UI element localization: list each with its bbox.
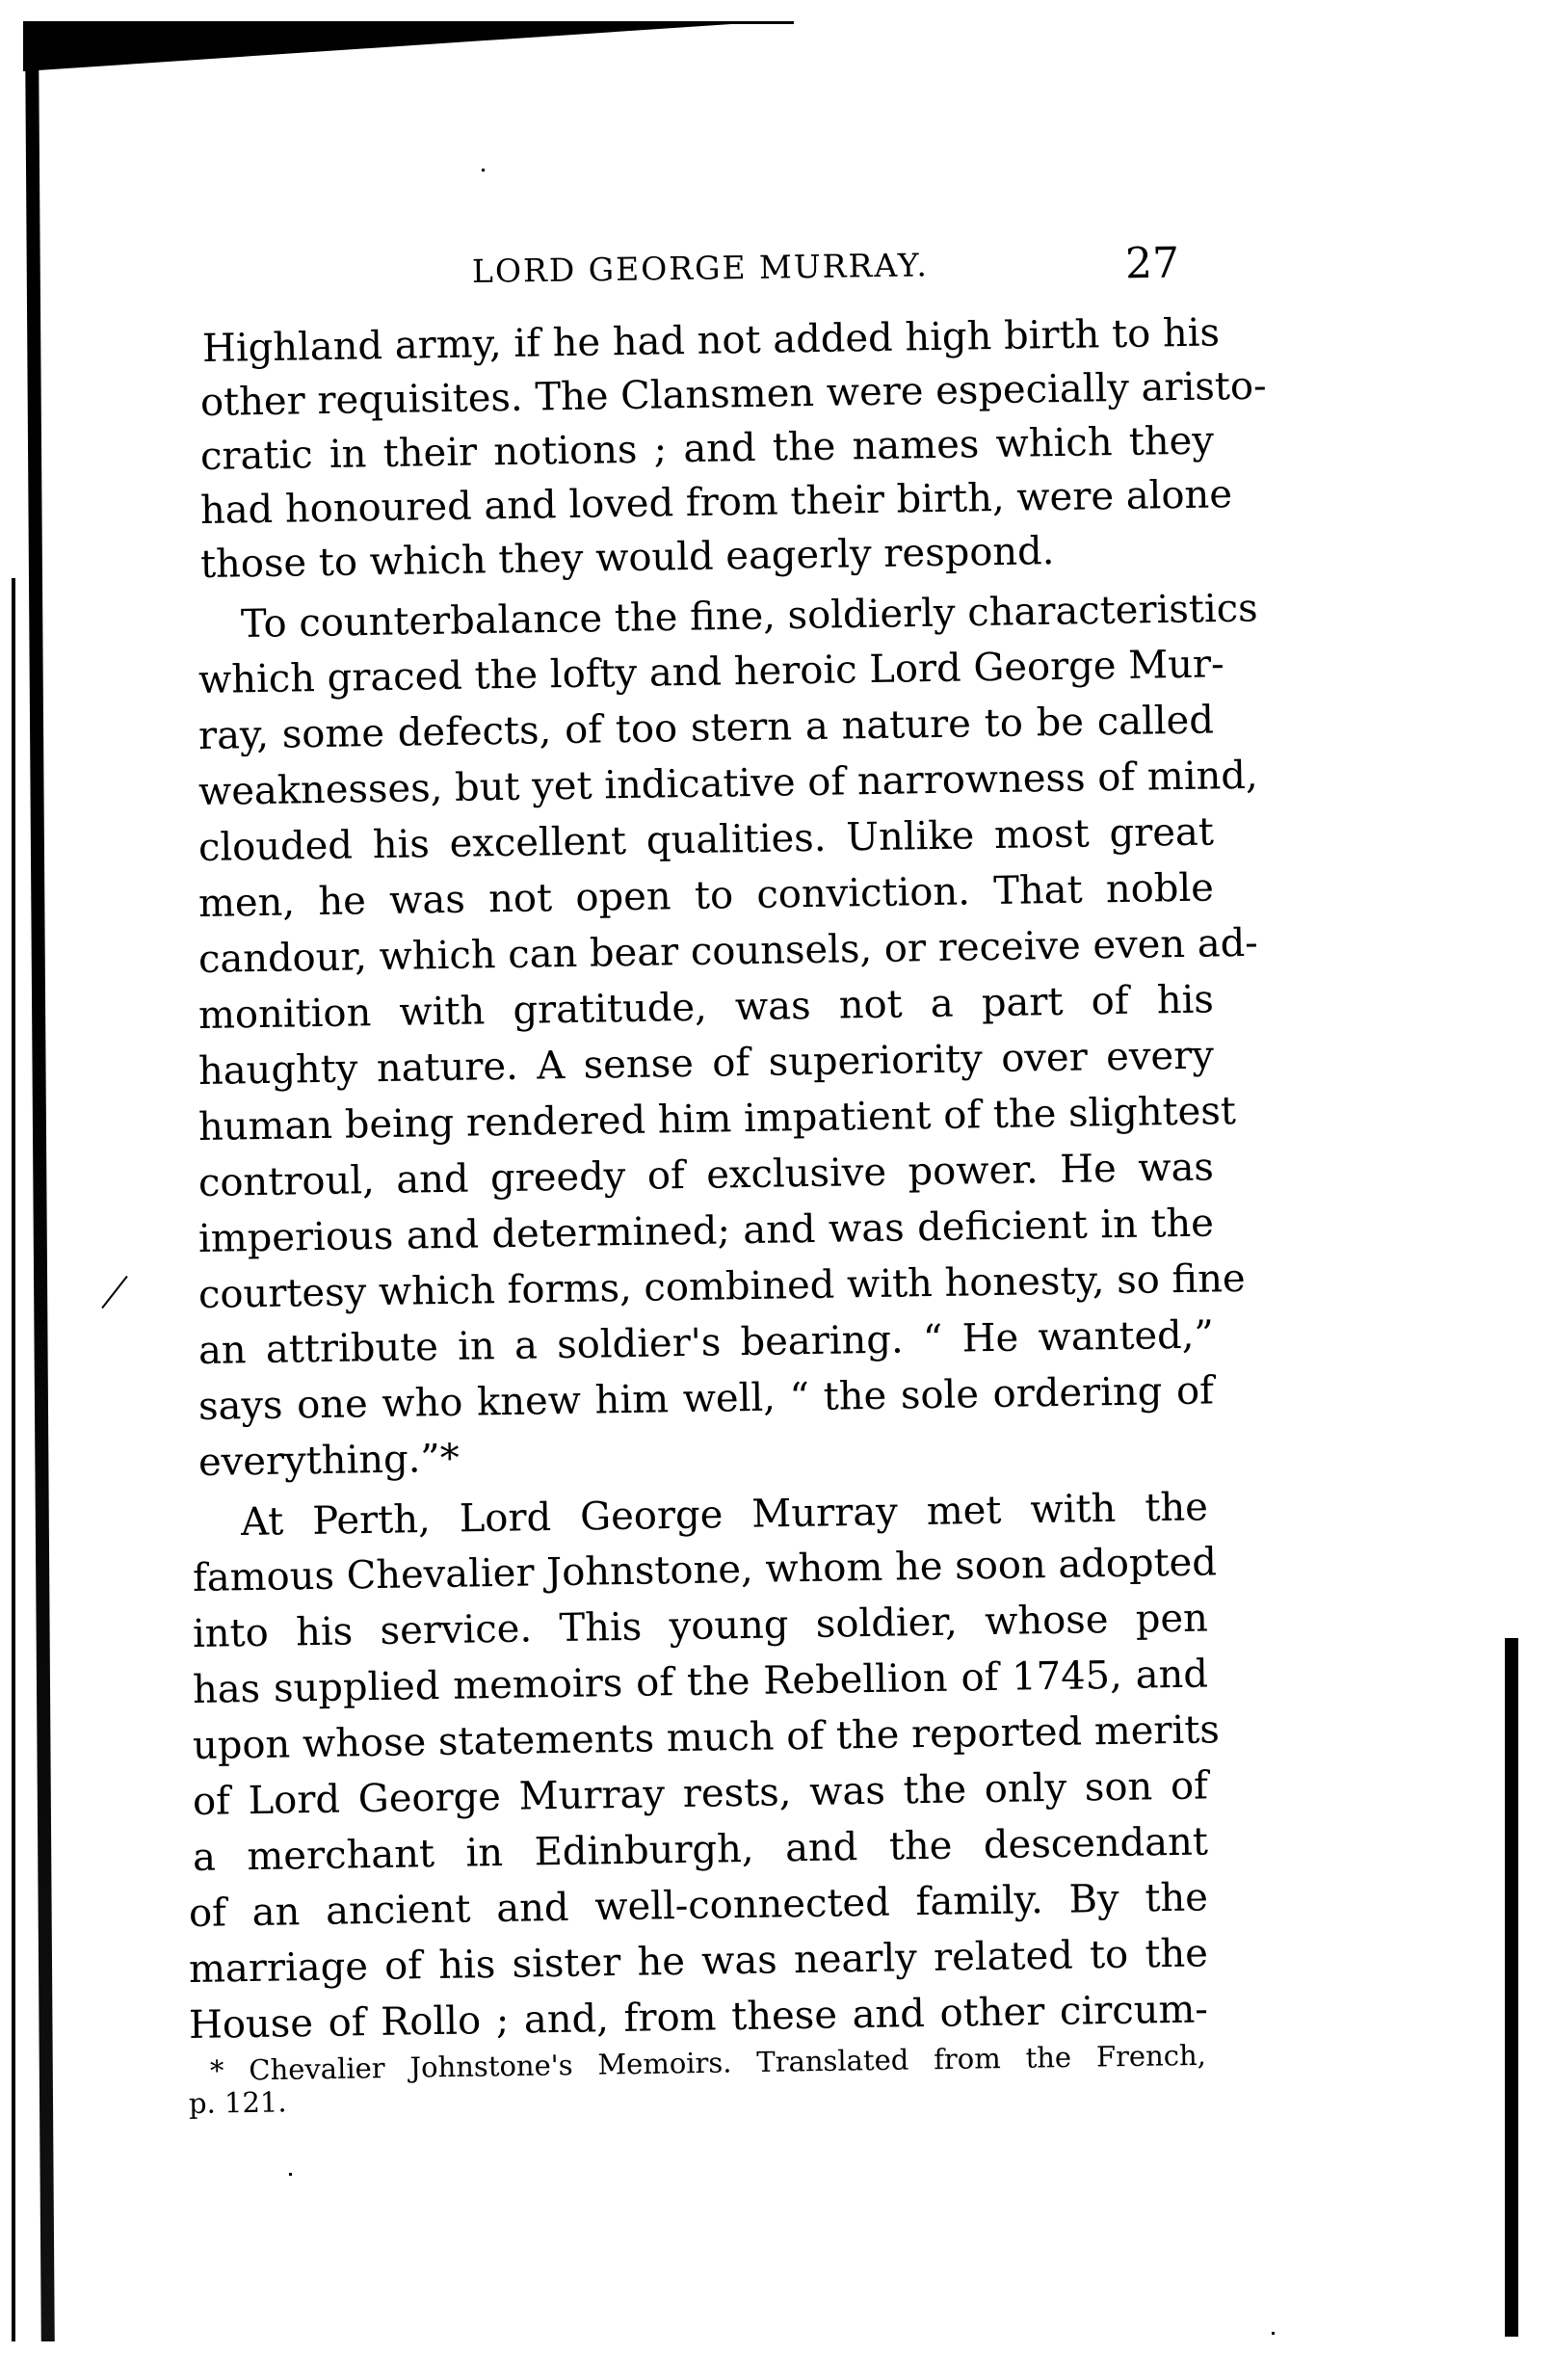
text-line: says one who knew him well, “ the sole o… bbox=[198, 1367, 1215, 1430]
text-line: candour, which can bear counsels, or rec… bbox=[198, 920, 1215, 983]
text-line: other requisites. The Clansmen were espe… bbox=[200, 363, 1215, 426]
book-page: LORD GEORGE MURRAY. 27 Highland army, if… bbox=[0, 0, 1553, 2380]
text-line: human being rendered him impatient of th… bbox=[198, 1088, 1215, 1150]
text-line: a merchant in Edinburgh, and the descend… bbox=[193, 1818, 1209, 1881]
text-line: upon whose statements much of the report… bbox=[193, 1706, 1209, 1769]
text-line: courtesy which forms, combined with hone… bbox=[198, 1256, 1215, 1318]
text-line: Highland army, if he had not added high … bbox=[202, 310, 1215, 372]
text-line: of Lord George Murray rests, was the onl… bbox=[193, 1762, 1209, 1825]
text-line: into his service. This young soldier, wh… bbox=[193, 1595, 1209, 1657]
text-line: everything.”* bbox=[198, 1423, 1215, 1486]
text-line: of an ancient and well-connected family.… bbox=[189, 1874, 1209, 1937]
text-line: clouded his excellent qualities. Unlike … bbox=[198, 808, 1215, 871]
text-line: which graced the lofty and heroic Lord G… bbox=[198, 641, 1215, 703]
text-line: men, he was not open to conviction. That… bbox=[198, 864, 1215, 927]
text-line: At Perth, Lord George Murray met with th… bbox=[241, 1484, 1209, 1546]
text-line: monition with gratitude, was not a part … bbox=[198, 976, 1215, 1039]
text-line: ray, some defects, of too stern a nature… bbox=[198, 697, 1215, 759]
text-line: weaknesses, but yet indicative of narrow… bbox=[198, 753, 1215, 815]
text-line: To counterbalance the fine, soldierly ch… bbox=[241, 586, 1215, 648]
text-line: marriage of his sister he was nearly rel… bbox=[189, 1930, 1209, 1993]
text-line: those to which they would eagerly respon… bbox=[200, 525, 1215, 588]
body-text: Highland army, if he had not added high … bbox=[0, 0, 1553, 2380]
text-line: famous Chevalier Johnstone, whom he soon… bbox=[193, 1539, 1209, 1601]
text-line: haughty nature. A sense of superiority o… bbox=[198, 1032, 1215, 1095]
text-line: controul, and greedy of exclusive power.… bbox=[198, 1144, 1215, 1206]
text-line: House of Rollo ; and, from these and oth… bbox=[189, 1986, 1209, 2049]
text-line: an attribute in a soldier's bearing. “ H… bbox=[198, 1311, 1215, 1374]
footnote-line: p. 121. bbox=[189, 2082, 478, 2120]
text-line: had honoured and loved from their birth,… bbox=[200, 471, 1215, 534]
text-line: has supplied memoirs of the Rebellion of… bbox=[193, 1651, 1209, 1713]
text-line: cratic in their notions ; and the names … bbox=[200, 417, 1215, 480]
text-line: imperious and determined; and was defici… bbox=[198, 1200, 1215, 1262]
